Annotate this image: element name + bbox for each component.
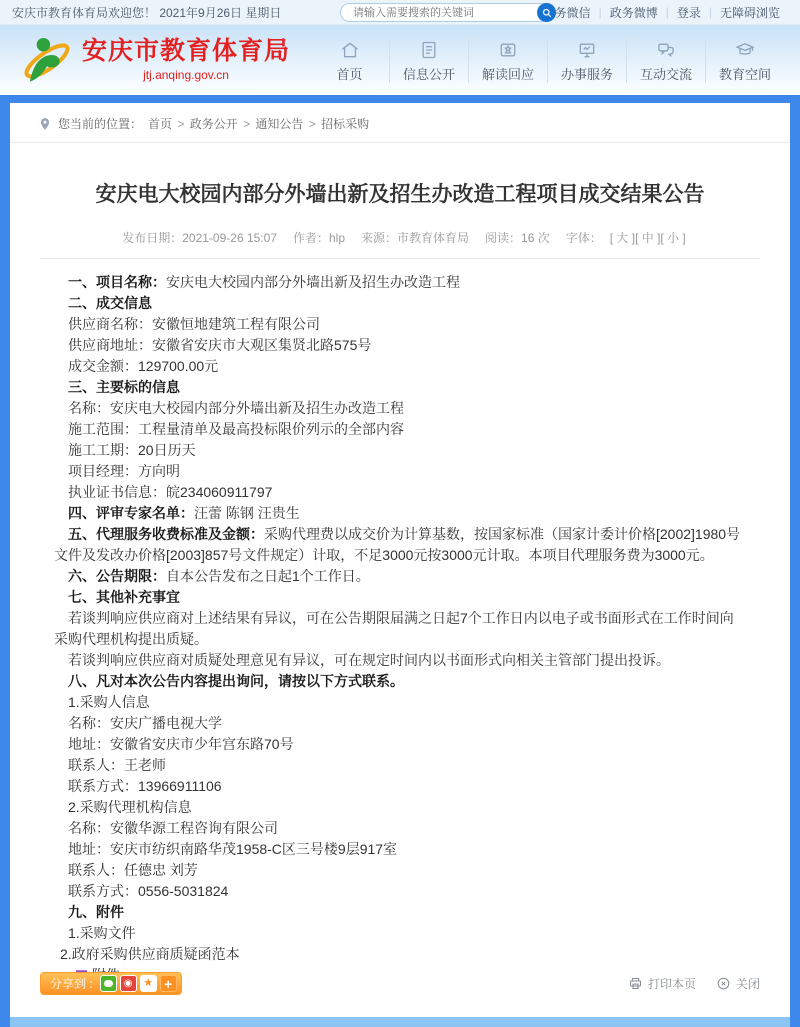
content-footer: 分享到 : 打印本页关闭 [40, 972, 760, 995]
nav-item-label: 解读回应 [469, 64, 547, 83]
paragraph-lead: 二、成交信息 [68, 295, 152, 311]
nav-item-label: 教育空间 [706, 64, 784, 83]
paragraph-lead: 三、主要标的信息 [68, 379, 180, 395]
paragraph-lead: 六、公告期限： [68, 568, 166, 584]
content-panel: 您当前的位置： 首页 > 政务公开 > 通知公告 > 招标采购 安庆电大校园内部… [10, 103, 790, 1017]
body-paragraph: 项目经理：方向明 [54, 461, 742, 482]
nav-item-label: 办事服务 [548, 64, 626, 83]
nav-item-2[interactable]: 信息公开 [389, 38, 468, 83]
paragraph-lead: 七、其他补充事宜 [68, 589, 180, 605]
search-button[interactable] [537, 3, 556, 22]
chat-icon [627, 40, 705, 62]
body-paragraph: 1.采购人信息 [54, 692, 742, 713]
breadcrumb-prefix: 您当前的位置： [58, 115, 142, 132]
nav-item-label: 互动交流 [627, 64, 705, 83]
body-paragraph: 联系人：王老师 [54, 755, 742, 776]
nav-item-label: 信息公开 [390, 64, 468, 83]
page-frame: 您当前的位置： 首页 > 政务公开 > 通知公告 > 招标采购 安庆电大校园内部… [0, 95, 800, 1027]
breadcrumb-link-1[interactable]: 首页 [148, 117, 172, 131]
body-paragraph: 2.政府采购供应商质疑函范本 [54, 944, 742, 965]
article-title: 安庆电大校园内部分外墙出新及招生办改造工程项目成交结果公告 [80, 179, 720, 211]
body-paragraph: 1.采购文件 [54, 923, 742, 944]
body-paragraph: 若谈判响应供应商对上述结果有异议，可在公告期限届满之日起7个工作日内以电子或书面… [54, 608, 742, 650]
document-icon [390, 40, 468, 62]
topbar-link-3[interactable]: 政务微博 [602, 4, 666, 21]
print-page-button[interactable]: 打印本页 [628, 975, 696, 992]
nav-item-1[interactable]: 首页 [310, 38, 389, 83]
body-paragraph: 四、评审专家名单：汪蕾 陈钢 汪贵生 [54, 503, 742, 524]
nav-item-4[interactable]: 办事服务 [547, 38, 626, 83]
font-size-button-3[interactable]: [ 小 ] [660, 231, 685, 245]
paragraph-lead: 九、附件 [68, 904, 124, 920]
paragraph-lead: 八、凡对本次公告内容提出询问，请按以下方式联系。 [68, 673, 404, 689]
paragraph-lead: 一、项目名称： [68, 274, 166, 290]
body-paragraph: 地址：安庆市纺织南路华茂1958-C区三号楼9层917室 [54, 839, 742, 860]
body-paragraph: 供应商地址：安徽省安庆市大观区集贤北路575号 [54, 335, 742, 356]
body-paragraph: 九、附件 [54, 902, 742, 923]
nav-item-6[interactable]: 教育空间 [705, 38, 784, 83]
share-favorite-button[interactable] [140, 975, 157, 992]
share-label: 分享到 : [50, 975, 93, 992]
printer-icon [628, 976, 643, 991]
share-more-button[interactable] [160, 975, 177, 992]
body-paragraph: 六、公告期限：自本公告发布之日起1个工作日。 [54, 566, 742, 587]
paragraph-lead: 五、代理服务收费标准及金额： [68, 526, 264, 542]
body-paragraph: 施工工期：20日历天 [54, 440, 742, 461]
share-buttons [100, 975, 177, 992]
body-paragraph: 执业证书信息：皖234060911797 [54, 482, 742, 503]
site-header: 安庆市教育体育局 jtj.anqing.gov.cn 首页信息公开解读回应办事服… [0, 25, 800, 95]
body-paragraph: 三、主要标的信息 [54, 377, 742, 398]
close-button[interactable]: 关闭 [716, 975, 760, 992]
top-utility-bar: 安庆市教育体育局欢迎您！ 2021年9月26日 星期日 协同办公|政务微信|政务… [0, 0, 800, 25]
search-box[interactable] [340, 3, 556, 22]
search-icon [541, 7, 553, 19]
font-size-label: 字体： [566, 231, 602, 245]
article-meta-item: 作者：hlp [293, 231, 345, 245]
body-paragraph: 供应商名称：安徽恒地建筑工程有限公司 [54, 314, 742, 335]
location-pin-icon [38, 117, 52, 131]
body-paragraph: 七、其他补充事宜 [54, 587, 742, 608]
site-logo[interactable]: 安庆市教育体育局 jtj.anqing.gov.cn [20, 33, 290, 87]
breadcrumb-link-3[interactable]: 通知公告 [255, 117, 303, 131]
main-nav: 首页信息公开解读回应办事服务互动交流教育空间 [310, 38, 784, 83]
share-wechat-button[interactable] [100, 975, 117, 992]
paragraph-lead: 四、评审专家名单： [68, 505, 194, 521]
body-paragraph: 一、项目名称：安庆电大校园内部分外墙出新及招生办改造工程 [54, 272, 742, 293]
article-body: 一、项目名称：安庆电大校园内部分外墙出新及招生办改造工程二、成交信息供应商名称：… [40, 259, 760, 965]
welcome-text: 安庆市教育体育局欢迎您！ 2021年9月26日 星期日 [12, 4, 281, 21]
footer-action-label: 打印本页 [648, 975, 696, 992]
article-meta-item: 阅读：16 次 [485, 231, 550, 245]
body-paragraph: 联系人：任德忠 刘芳 [54, 860, 742, 881]
share-bar: 分享到 : [40, 972, 182, 995]
body-paragraph: 施工范围：工程量清单及最高投标限价列示的全部内容 [54, 419, 742, 440]
share-weibo-button[interactable] [120, 975, 137, 992]
close-icon [716, 976, 731, 991]
nav-item-3[interactable]: 解读回应 [468, 38, 547, 83]
body-paragraph: 名称：安庆广播电视大学 [54, 713, 742, 734]
article-meta-item: 发布日期：2021-09-26 15:07 [122, 231, 277, 245]
article: 安庆电大校园内部分外墙出新及招生办改造工程项目成交结果公告 发布日期：2021-… [10, 179, 790, 986]
body-paragraph: 联系方式：0556-5031824 [54, 881, 742, 902]
body-paragraph: 2.采购代理机构信息 [54, 797, 742, 818]
body-paragraph: 地址：安徽省安庆市少年宫东路70号 [54, 734, 742, 755]
body-paragraph: 八、凡对本次公告内容提出询问，请按以下方式联系。 [54, 671, 742, 692]
body-paragraph: 名称：安徽华源工程咨询有限公司 [54, 818, 742, 839]
breadcrumb: 您当前的位置： 首页 > 政务公开 > 通知公告 > 招标采购 [10, 103, 790, 143]
site-url: jtj.anqing.gov.cn [82, 68, 290, 82]
site-name: 安庆市教育体育局 [82, 38, 290, 66]
breadcrumb-link-2[interactable]: 政务公开 [190, 117, 238, 131]
body-paragraph: 五、代理服务收费标准及金额：采购代理费以成交价为计算基数，按国家标准（国家计委计… [54, 524, 742, 566]
logo-figure-icon [20, 33, 74, 87]
topbar-link-5[interactable]: 无障碍浏览 [712, 4, 788, 21]
search-input[interactable] [351, 6, 537, 20]
nav-item-5[interactable]: 互动交流 [626, 38, 705, 83]
nav-item-label: 首页 [310, 64, 389, 83]
badge-document-icon [469, 40, 547, 62]
breadcrumb-separator: > [174, 117, 188, 131]
breadcrumb-separator: > [305, 117, 319, 131]
breadcrumb-items: 首页 > 政务公开 > 通知公告 > 招标采购 [148, 115, 369, 132]
article-meta: 发布日期：2021-09-26 15:07作者：hlp来源：市教育体育局阅读：1… [40, 229, 760, 259]
body-paragraph: 成交金额：129700.00元 [54, 356, 742, 377]
body-paragraph: 名称：安庆电大校园内部分外墙出新及招生办改造工程 [54, 398, 742, 419]
footer-actions: 打印本页关闭 [628, 975, 760, 992]
topbar-link-4[interactable]: 登录 [669, 4, 709, 21]
graduation-cap-icon [706, 40, 784, 62]
breadcrumb-link-4[interactable]: 招标采购 [321, 117, 369, 131]
footer-action-label: 关闭 [736, 975, 760, 992]
body-paragraph: 若谈判响应供应商对质疑处理意见有异议，可在规定时间内以书面形式向相关主管部门提出… [54, 650, 742, 671]
breadcrumb-separator: > [240, 117, 254, 131]
body-paragraph: 联系方式：13966911106 [54, 776, 742, 797]
bottom-strip [10, 1017, 790, 1027]
home-icon [310, 40, 389, 62]
font-size-button-1[interactable]: [ 大 ] [610, 231, 635, 245]
body-paragraph: 二、成交信息 [54, 293, 742, 314]
monitor-icon [548, 40, 626, 62]
font-size-button-2[interactable]: [ 中 ] [635, 231, 660, 245]
article-meta-item: 来源：市教育体育局 [361, 231, 469, 245]
